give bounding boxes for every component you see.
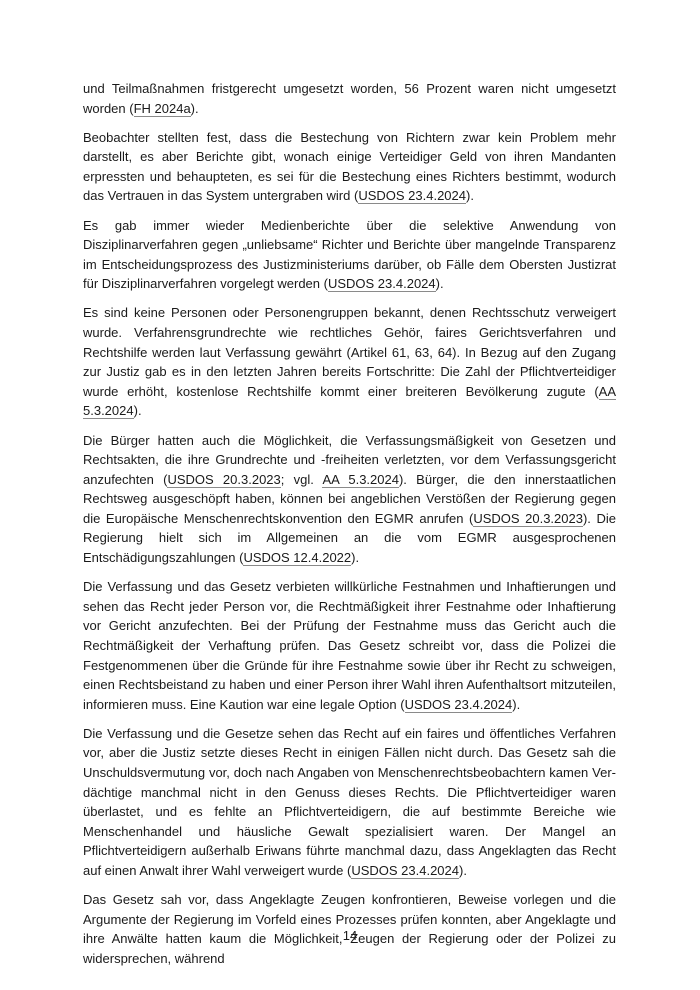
citation-link[interactable]: USDOS 12.4.2022 — [243, 550, 351, 566]
paragraph: Es gab immer wieder Medienberichte über … — [83, 216, 616, 294]
paragraph-text: ). — [134, 403, 142, 418]
document-body: und Teilmaßnahmen fristgerecht umgesetzt… — [83, 79, 616, 978]
citation-link[interactable]: USDOS 23.4.2024 — [351, 863, 459, 879]
citation-link[interactable]: FH 2024a — [134, 101, 191, 117]
citation-link[interactable]: USDOS 23.4.2024 — [405, 697, 513, 713]
paragraph: Die Bürger hatten auch die Möglichkeit, … — [83, 431, 616, 568]
citation-link[interactable]: USDOS 23.4.2024 — [358, 188, 466, 204]
paragraph-text: ). — [466, 188, 474, 203]
paragraph-text: Die Verfassung und das Gesetz verbieten … — [83, 579, 616, 712]
paragraph-text: ). — [512, 697, 520, 712]
paragraph: Die Verfassung und die Gesetze sehen das… — [83, 724, 616, 881]
paragraph-text: ; vgl. — [281, 472, 323, 487]
paragraph-text: ). — [436, 276, 444, 291]
paragraph-text: Die Verfassung und die Gesetze sehen das… — [83, 726, 616, 878]
paragraph-text: Es sind keine Personen oder Personengrup… — [83, 305, 616, 398]
citation-link[interactable]: USDOS 20.3.2023 — [473, 511, 583, 527]
citation-link[interactable]: USDOS 20.3.2023 — [167, 472, 280, 488]
paragraph: Die Verfassung und das Gesetz verbieten … — [83, 577, 616, 714]
paragraph-text: ). — [191, 101, 199, 116]
paragraph-text: Beobachter stellten fest, dass die Beste… — [83, 130, 616, 204]
paragraph: Es sind keine Personen oder Personengrup… — [83, 303, 616, 421]
citation-link[interactable]: USDOS 23.4.2024 — [328, 276, 436, 292]
page-number: 14 — [0, 928, 700, 943]
paragraph-text: ). — [351, 550, 359, 565]
paragraph: und Teilmaßnahmen fristgerecht umgesetzt… — [83, 79, 616, 118]
citation-link[interactable]: AA 5.3.2024 — [322, 472, 399, 488]
paragraph-text: ). — [459, 863, 467, 878]
paragraph: Beobachter stellten fest, dass die Beste… — [83, 128, 616, 206]
